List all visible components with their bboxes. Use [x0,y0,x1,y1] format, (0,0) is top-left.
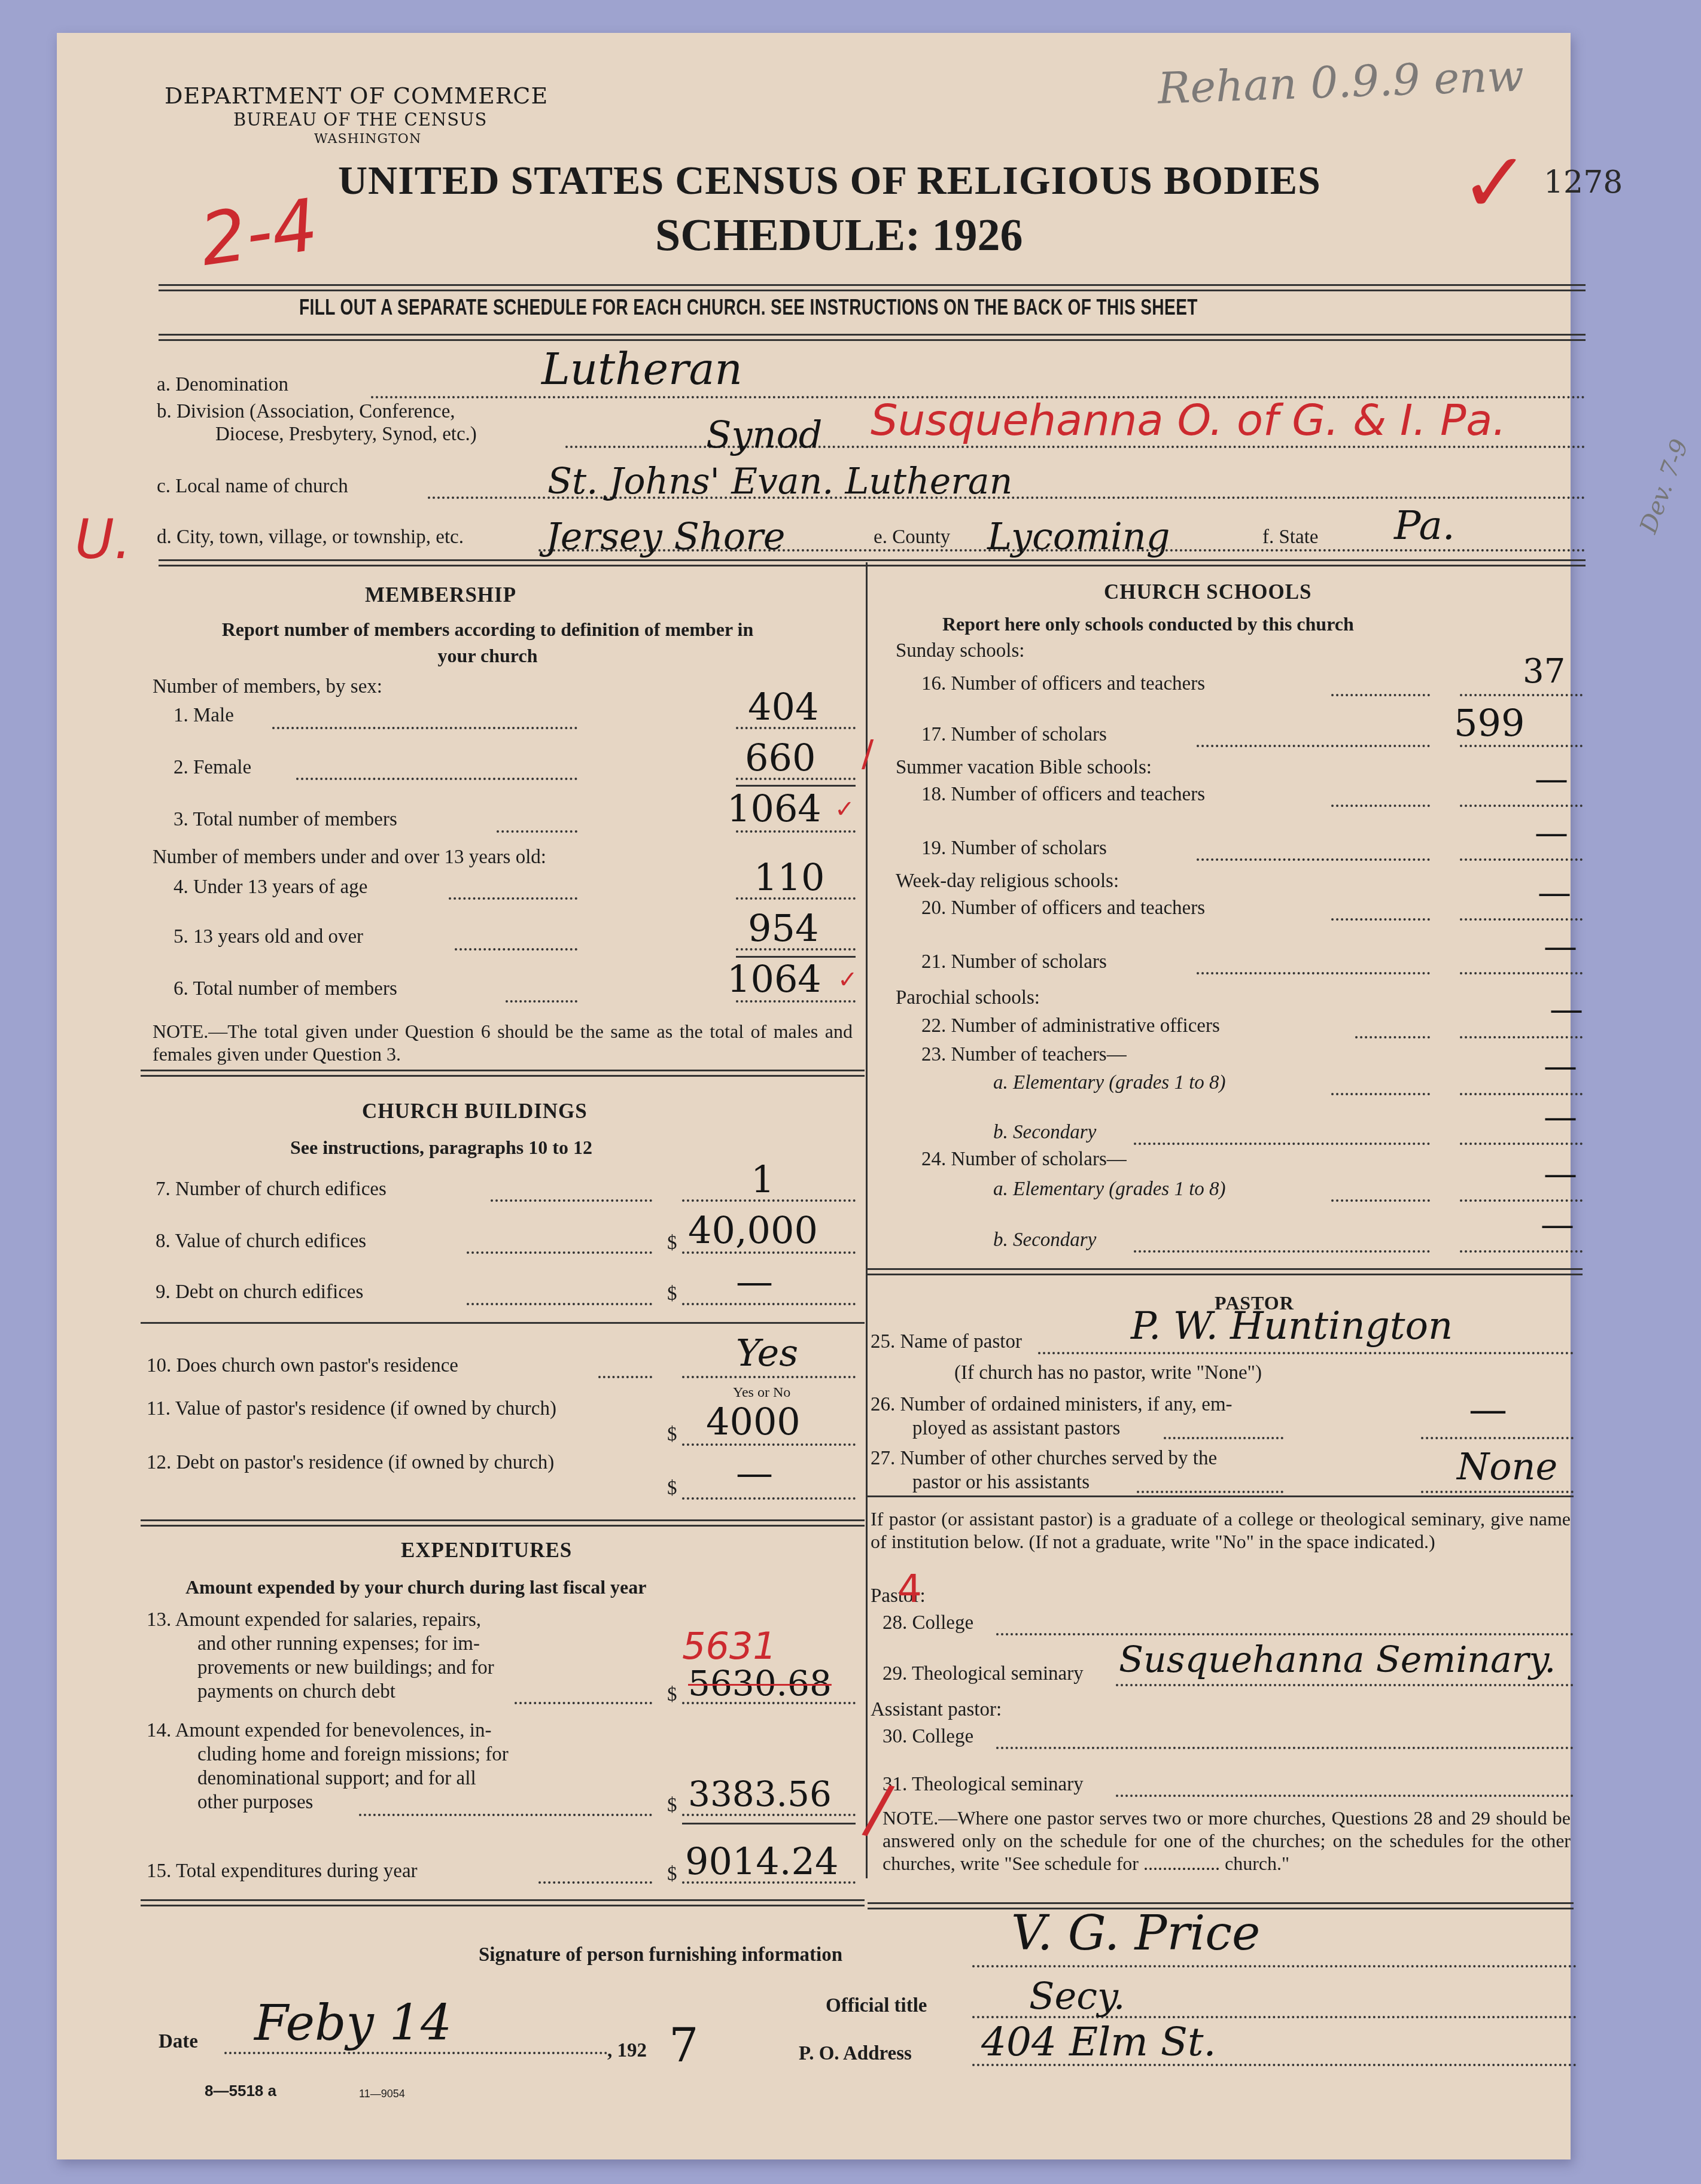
dots [1134,1143,1430,1145]
residence-debt-label: 12. Debt on pastor's residence (if owned… [147,1451,655,1475]
q27-label-1: 27. Number of other churches served by t… [871,1448,1217,1470]
q23a-field-line [1460,1093,1583,1095]
q21-field[interactable]: — [1544,927,1577,966]
po-address-field[interactable]: 404 Elm St. [981,2019,1216,2065]
section-rule [141,1070,865,1071]
section-rule [141,1899,865,1901]
q16-field[interactable]: 37 [1523,652,1565,691]
q22-label: 22. Number of administrative officers [921,1015,1220,1037]
division-label-2: Diocese, Presbytery, Synod, etc.) [215,424,477,446]
q25-label: 25. Name of pastor [871,1331,1022,1353]
q22-field-line [1460,1036,1583,1038]
dots [1331,1093,1430,1095]
dots [449,897,577,900]
instructions-banner: FILL OUT A SEPARATE SCHEDULE FOR EACH CH… [299,295,1198,320]
membership-title: MEMBERSHIP [365,583,516,607]
edifices-value-field[interactable]: 40,000 [688,1208,818,1252]
q23a-label: a. Elementary (grades 1 to 8) [993,1072,1226,1094]
edifices-count-label: 7. Number of church edifices [156,1178,387,1201]
owns-residence-field[interactable]: Yes [736,1331,798,1375]
buildings-title: CHURCH BUILDINGS [362,1099,588,1123]
q13-label-3: provements or new buildings; and for [197,1657,494,1679]
dots [1164,1437,1283,1439]
county-label: e. County [874,526,950,549]
state-field[interactable]: Pa. [1394,502,1455,549]
members-by-sex-label: Number of members, by sex: [153,676,382,698]
print-code: 11—9054 [359,2088,405,2100]
q29-field[interactable]: Susquehanna Seminary. [1119,1639,1556,1681]
q14-label-2: cluding home and foreign missions; for [197,1744,509,1766]
q30-field[interactable] [996,1747,1574,1749]
expenditures-subtitle: Amount expended by your church during la… [185,1576,646,1598]
form-number: 1278 [1544,165,1623,200]
members-by-age-label: Number of members under and over 13 year… [153,846,546,869]
under-13-label: 4. Under 13 years of age [174,876,367,898]
total-members-2-label: 6. Total number of members [174,978,397,1000]
q24a-field-line [1460,1199,1583,1202]
denomination-label: a. Denomination [157,374,288,396]
total-members-field[interactable]: 1064 [727,787,821,830]
red-mark-pastor: 4 [897,1567,922,1612]
city-label: d. City, town, village, or township, etc… [157,526,464,549]
signature-label: Signature of person furnishing informati… [479,1944,842,1966]
q31-field[interactable] [1116,1795,1574,1797]
official-title-field[interactable]: Secy. [1029,1974,1125,2018]
pastor-note: NOTE.—Where one pastor serves two or mor… [883,1807,1571,1875]
edifices-debt-field[interactable]: — [736,1259,773,1303]
q17-field[interactable]: 599 [1454,701,1524,745]
date-field-line [224,2052,607,2054]
q23b-label: b. Secondary [993,1122,1096,1144]
q13-field[interactable]: 5630.68 [688,1663,832,1704]
dots [497,830,577,833]
dots [1331,694,1430,696]
residence-value-field[interactable]: 4000 [706,1400,801,1443]
dots [455,948,577,951]
yes-no-hint: Yes or No [733,1385,790,1401]
red-check-icon: ✓ [1460,135,1530,232]
owns-residence-label: 10. Does church own pastor's residence [147,1355,458,1377]
q25-hint: (If church has no pastor, write "None") [954,1362,1262,1384]
banner-rule-bottom [159,334,1586,336]
red-check-icon: / [862,733,874,775]
edifices-debt-label: 9. Debt on church edifices [156,1281,363,1303]
residence-value-label: 11. Value of pastor's residence (if owne… [147,1397,655,1421]
edifices-debt-field-line [682,1303,856,1305]
po-address-label: P. O. Address [799,2043,912,2065]
membership-note: NOTE.—The total given under Question 6 s… [153,1020,853,1065]
dollar-sign: $ [667,1283,677,1305]
red-mark-top: 2-4 [195,184,322,282]
q13-label-2: and other running expenses; for im- [197,1633,480,1655]
denomination-field[interactable]: Lutheran [541,344,743,394]
dots [538,1881,652,1884]
q25-field-line [1038,1352,1574,1354]
buildings-subtitle: See instructions, paragraphs 10 to 12 [290,1137,592,1159]
weekday-schools-label: Week-day religious schools: [896,870,1119,893]
q24b-label: b. Secondary [993,1229,1096,1251]
q16-label: 16. Number of officers and teachers [921,673,1205,695]
q20-field-line [1460,918,1583,921]
signature-field[interactable]: V. G. Price [1011,1905,1260,1961]
dots [515,1702,652,1704]
sunday-schools-label: Sunday schools: [896,640,1024,662]
dollar-sign: $ [667,1684,677,1706]
total-members-2-field[interactable]: 1064 [727,957,821,1001]
q24-label: 24. Number of scholars— [921,1149,1127,1171]
q13-correction: 5631 [682,1624,777,1668]
q26-field-line [1421,1437,1574,1439]
dollar-sign: $ [667,1863,677,1886]
q27-field[interactable]: None [1457,1445,1557,1488]
q20-label: 20. Number of officers and teachers [921,897,1205,919]
total-members-field-line [736,830,856,833]
graduate-instructions: If pastor (or assistant pastor) is a gra… [871,1507,1571,1553]
division-field[interactable]: Synod [706,413,822,456]
dollar-sign: $ [667,1795,677,1817]
q23a-field[interactable]: — [1544,1047,1577,1086]
red-check-icon: ✓ [835,796,855,823]
dots [272,727,577,729]
q18-field[interactable]: — [1535,760,1568,799]
parochial-schools-label: Parochial schools: [896,987,1040,1009]
edifices-value-label: 8. Value of church edifices [156,1230,366,1253]
q15-field[interactable]: 9014.24 [685,1839,838,1883]
dots [506,1000,577,1003]
q23b-field-line [1460,1143,1583,1145]
dots [467,1251,652,1254]
margin-red-mark: U. [75,508,131,571]
q14-label-4: other purposes [197,1792,313,1814]
over-13-label: 5. 13 years old and over [174,926,363,948]
bureau-heading: BUREAU OF THE CENSUS [233,109,487,130]
year-field[interactable]: 7 [669,2019,699,2073]
q27-label-2: pastor or his assistants [912,1472,1090,1494]
expenditures-title: EXPENDITURES [401,1539,572,1562]
female-count-field[interactable]: 660 [745,736,815,779]
q13-label-4: payments on church debt [197,1681,395,1703]
q24b-field[interactable]: — [1541,1205,1574,1244]
church-name-field[interactable]: St. Johns' Evan. Lutheran [547,461,1012,502]
q27-field-line [1421,1491,1574,1493]
form-code: 8—5518 a [205,2082,276,2100]
over-13-field[interactable]: 954 [748,906,818,950]
margin-pencil-mark: Dev. 7-9 [1635,435,1694,537]
county-field[interactable]: Lycoming [987,514,1170,558]
city-heading: WASHINGTON [314,132,421,147]
q14-field[interactable]: 3383.56 [688,1774,832,1814]
q21-field-line [1460,972,1583,974]
q13-label-1: 13. Amount expended for salaries, repair… [147,1609,481,1631]
section-rule [868,1495,1574,1497]
male-label: 1. Male [174,705,234,727]
identity-rule [159,559,1586,561]
residence-debt-field[interactable]: — [736,1451,773,1494]
signature-field-line [972,1965,1577,1967]
q14-label-1: 14. Amount expended for benevolences, in… [147,1720,491,1742]
q15-label: 15. Total expenditures during year [147,1860,418,1883]
dollar-sign: $ [667,1232,677,1254]
under-13-field[interactable]: 110 [754,855,824,899]
dollar-sign: $ [667,1478,677,1500]
male-count-field[interactable]: 404 [748,685,818,729]
department-heading: DEPARTMENT OF COMMERCE [165,83,548,109]
q26-label-2: ployed as assistant pastors [912,1418,1120,1440]
q26-field[interactable]: — [1469,1388,1507,1432]
q23-label: 23. Number of teachers— [921,1044,1127,1066]
q24a-label: a. Elementary (grades 1 to 8) [993,1178,1226,1201]
dots [1137,1491,1283,1493]
sum-rule [682,1823,856,1824]
dots [1331,918,1430,921]
date-label: Date [159,2031,198,2053]
q17-label: 17. Number of scholars [921,724,1107,746]
q17-field-line [1460,745,1583,747]
pastor-name-field[interactable]: P. W. Huntington [1131,1304,1453,1348]
official-title-label: Official title [826,1995,927,2017]
q20-field[interactable]: — [1538,873,1571,912]
q22-field[interactable]: — [1550,990,1583,1029]
q19-field[interactable]: — [1535,814,1568,852]
division-label-1: b. Division (Association, Conference, [157,401,455,423]
q24b-field-line [1460,1250,1583,1253]
year-prefix: , 192 [607,2040,647,2062]
female-label: 2. Female [174,757,251,779]
residence-debt-field-line [682,1497,856,1500]
q28-label: 28. College [883,1612,973,1634]
division-correction: Susquehanna O. of G. & I. Pa. [871,395,1506,445]
dots [491,1199,652,1202]
banner-rule-top [159,284,1586,286]
dots [1134,1250,1430,1253]
red-check-icon: ✓ [838,966,858,994]
owns-residence-field-line [682,1376,856,1378]
date-field[interactable]: Feby 14 [254,1995,452,2052]
section-rule [868,1268,1583,1270]
dots [1355,1036,1430,1038]
q23b-field[interactable]: — [1544,1098,1577,1137]
q21-label: 21. Number of scholars [921,951,1107,973]
schools-subtitle: Report here only schools conducted by th… [942,613,1354,635]
q28-field[interactable] [996,1633,1574,1635]
city-field-line [538,549,1586,552]
summer-schools-label: Summer vacation Bible schools: [896,757,1152,779]
q30-label: 30. College [883,1726,973,1748]
dots [1197,745,1430,747]
q26-label-1: 26. Number of ordained ministers, if any… [871,1394,1233,1416]
q29-field-line [1116,1684,1574,1686]
dots [1331,805,1430,807]
church-name-label: c. Local name of church [157,476,348,498]
dots [1331,1199,1430,1202]
q14-label-3: denominational support; and for all [197,1768,476,1790]
q16-field-line [1460,694,1583,696]
city-field[interactable]: Jersey Shore [546,514,786,558]
section-rule [141,1519,865,1521]
section-rule [868,1902,1574,1904]
q31-label: 31. Theological seminary [883,1774,1084,1796]
dots [1197,858,1430,861]
section-rule [141,1322,865,1324]
q18-field-line [1460,805,1583,807]
dots [467,1303,652,1305]
q18-label: 18. Number of officers and teachers [921,784,1205,806]
dots [359,1814,652,1816]
state-label: f. State [1262,526,1318,549]
edifices-count-field[interactable]: 1 [751,1158,774,1201]
dots [598,1376,652,1378]
schedule-title: SCHEDULE: 1926 [655,209,1023,261]
q19-field-line [1460,858,1583,861]
dots [296,778,577,780]
total-members-label: 3. Total number of members [174,809,397,831]
form-title: UNITED STATES CENSUS OF RELIGIOUS BODIES [338,157,1321,204]
assistant-pastor-sublabel: Assistant pastor: [871,1699,1002,1721]
schools-title: CHURCH SCHOOLS [1104,580,1312,604]
residence-value-field-line [682,1443,856,1446]
membership-subtitle: Report number of members according to de… [203,616,772,669]
q29-label: 29. Theological seminary [883,1663,1084,1685]
dots [1197,972,1430,974]
q24a-field[interactable]: — [1544,1155,1577,1193]
q19-label: 19. Number of scholars [921,837,1107,860]
dollar-sign: $ [667,1424,677,1446]
